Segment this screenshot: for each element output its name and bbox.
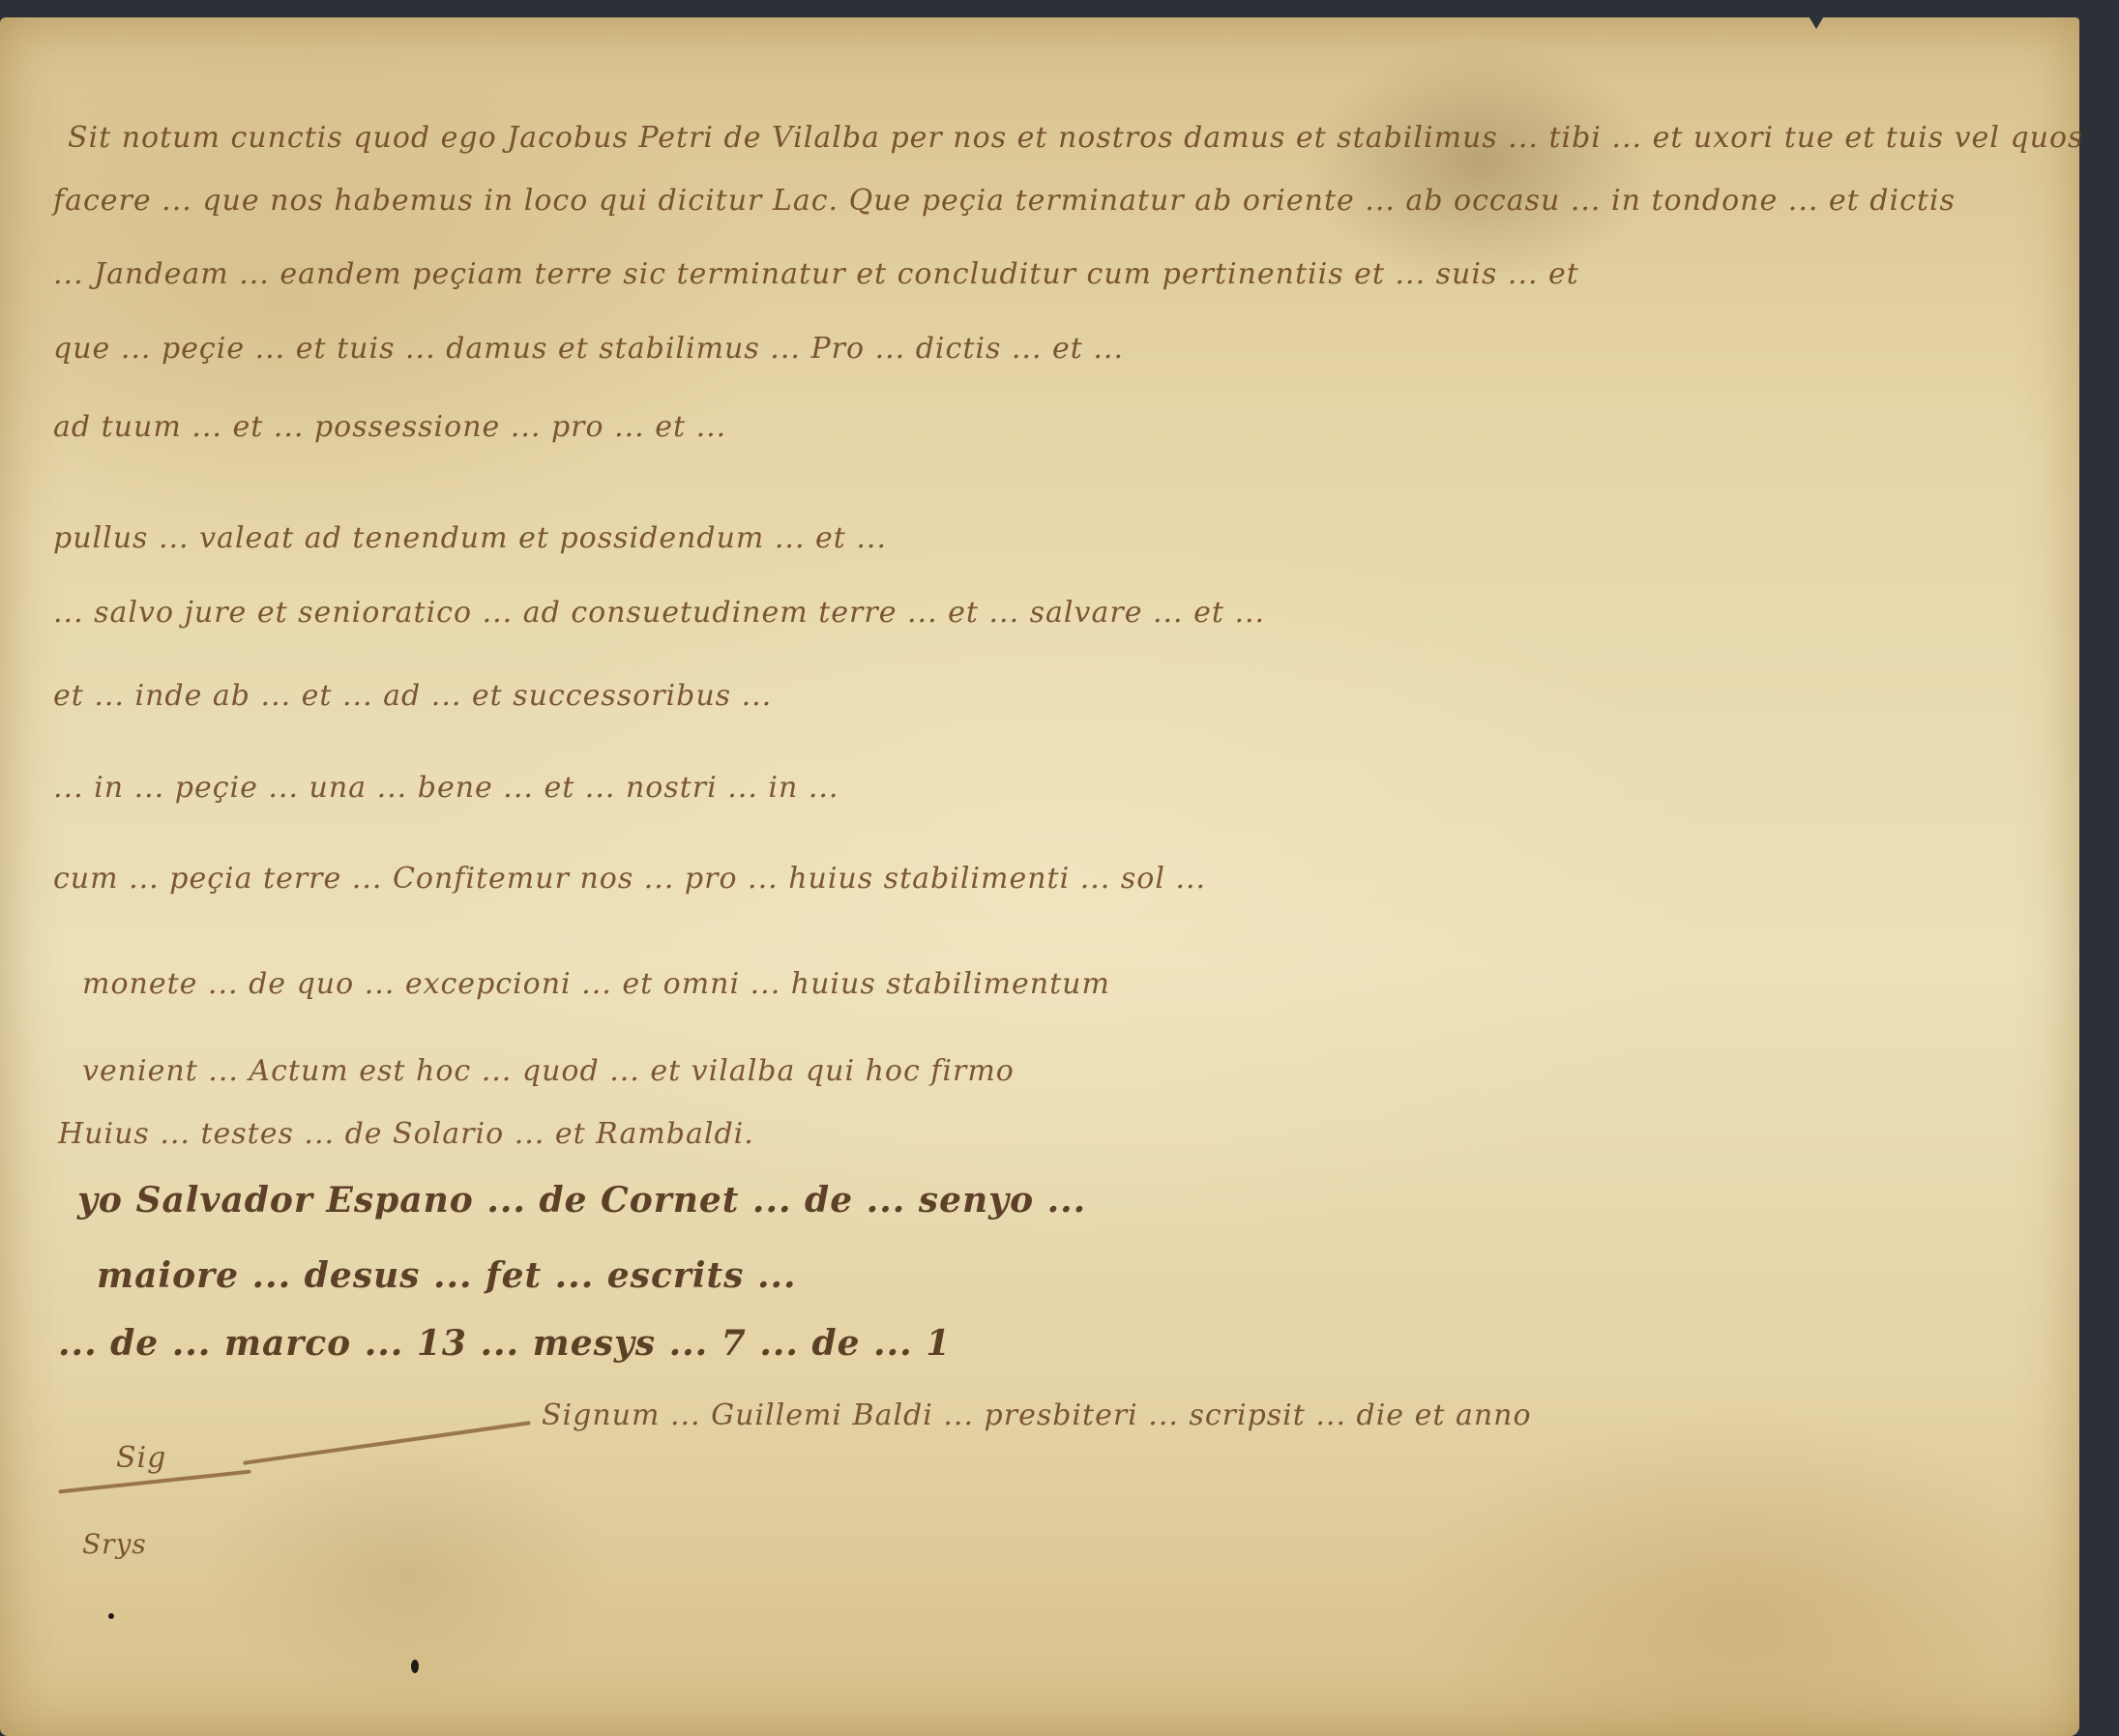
bottom-notarial-mark: Srys xyxy=(82,1528,147,1560)
text-line-5: ad tuum ... et ... possessione ... pro .… xyxy=(53,410,726,444)
subscription-line-2: maiore ... desus ... fet ... escrits ... xyxy=(97,1255,797,1296)
text-line-4: que ... peçie ... et tuis ... damus et s… xyxy=(53,332,1124,366)
text-line-3: ... Jandeam ... eandem peçiam terre sic … xyxy=(53,257,1579,291)
text-line-13: Huius ... testes ... de Solario ... et R… xyxy=(58,1117,754,1151)
text-line-6: pullus ... valeat ad tenendum et posside… xyxy=(53,521,887,555)
ink-spot-small xyxy=(108,1613,114,1619)
signum-mark: Sig xyxy=(116,1441,166,1475)
text-line-1: Sit notum cunctis quod ego Jacobus Petri… xyxy=(68,121,2083,155)
text-line-7: ... salvo jure et senioratico ... ad con… xyxy=(53,596,1265,630)
subscription-line-1: yo Salvador Espano ... de Cornet ... de … xyxy=(77,1180,1086,1221)
parchment-notch xyxy=(1799,0,1834,29)
text-line-11: monete ... de quo ... excepcioni ... et … xyxy=(82,967,1110,1001)
text-line-2: facere ... que nos habemus in loco qui d… xyxy=(53,184,1956,218)
text-line-12: venient ... Actum est hoc ... quod ... e… xyxy=(82,1054,1015,1088)
ink-spot xyxy=(411,1660,419,1673)
subscription-line-4: Signum ... Guillemi Baldi ... presbiteri… xyxy=(542,1398,1532,1432)
text-line-9: ... in ... peçie ... una ... bene ... et… xyxy=(53,771,839,805)
text-line-10: cum ... peçia terre ... Confitemur nos .… xyxy=(53,862,1206,896)
text-line-8: et ... inde ab ... et ... ad ... et succ… xyxy=(53,679,772,713)
subscription-line-3: ... de ... marco ... 13 ... mesys ... 7 … xyxy=(58,1323,951,1364)
